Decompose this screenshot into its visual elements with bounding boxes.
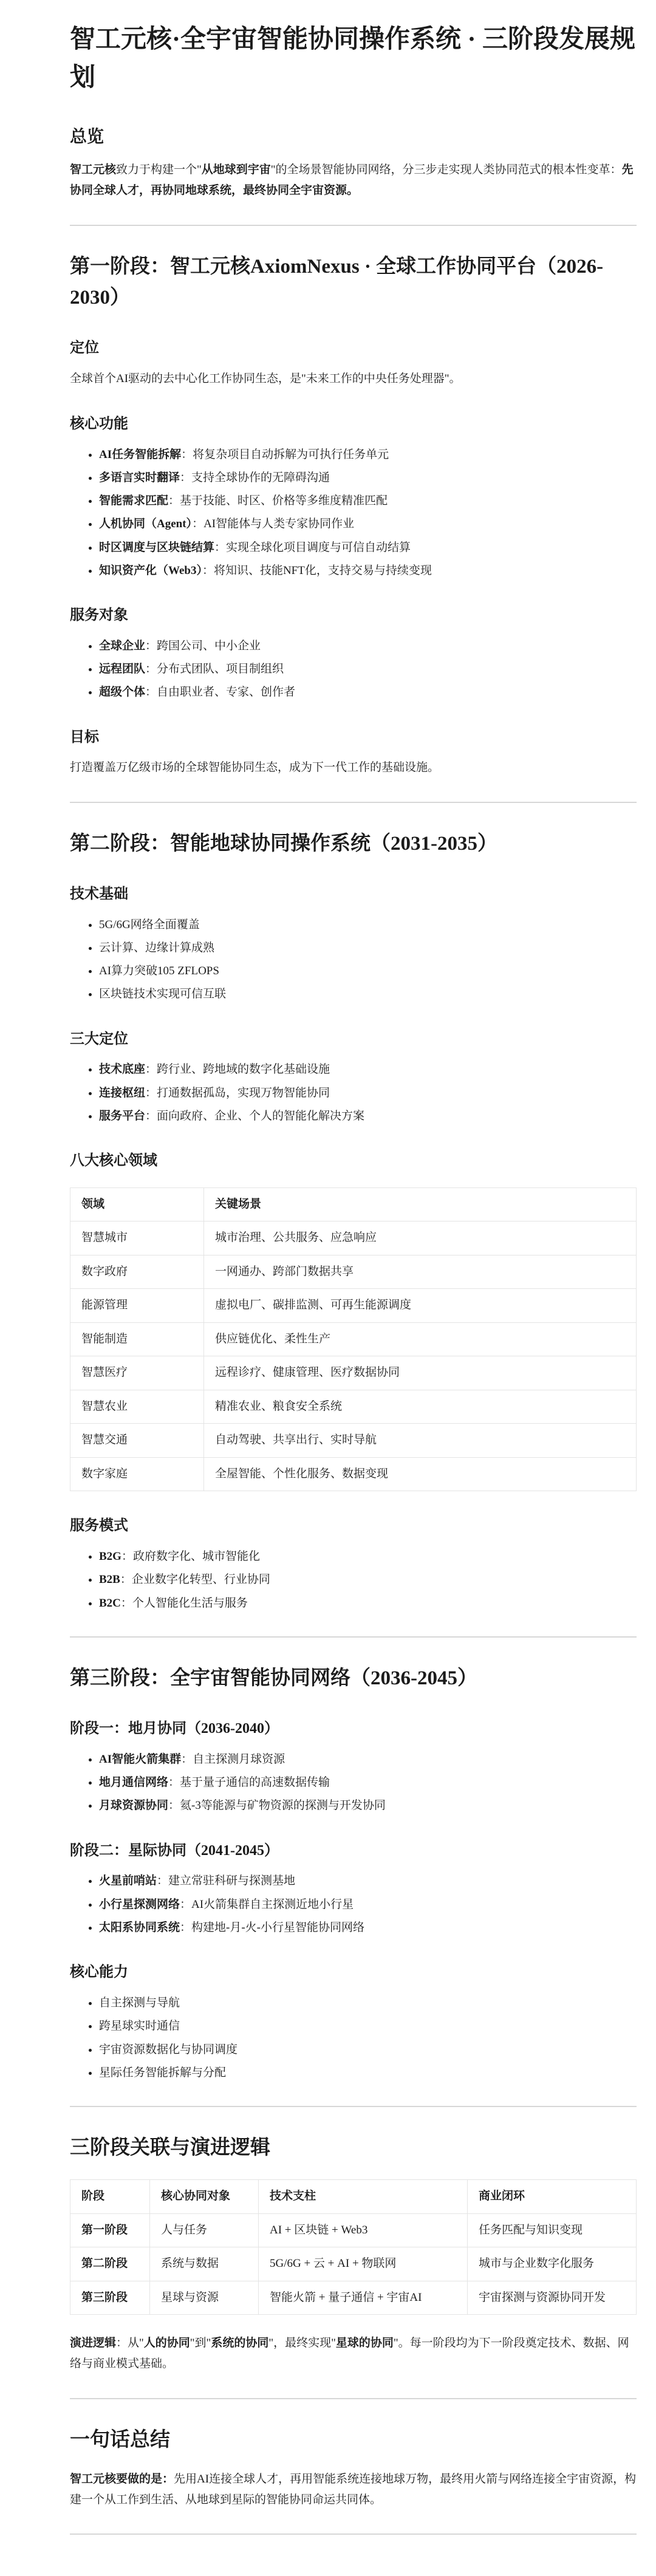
stage2-tech-list: 5G/6G网络全面覆盖 云计算、边缘计算成熟 AI算力突破105 ZFLOPS … (70, 915, 637, 1005)
item-desc: ：跨行业、跨地域的数字化基础设施 (145, 1063, 330, 1076)
stage1-audience-heading: 服务对象 (70, 605, 637, 626)
item-term: 地月通信网络 (99, 1776, 168, 1789)
section-divider (70, 1636, 637, 1638)
stage2-section: 第二阶段：智能地球协同操作系统（2031-2035） 技术基础 5G/6G网络全… (70, 828, 637, 1613)
table-row: 智能制造供应链优化、柔性生产 (70, 1322, 637, 1356)
table-row: 智慧交通自动驾驶、共享出行、实时导航 (70, 1424, 637, 1458)
overview-bold-scope: 从地球到宇宙 (202, 163, 271, 176)
item-desc: ：分布式团队、项目制组织 (145, 663, 284, 675)
stage3-section: 第三阶段：全宇宙智能协同网络（2036-2045） 阶段一：地月协同（2036-… (70, 1663, 637, 2083)
stage2-domains-heading: 八大核心领域 (70, 1150, 637, 1172)
stage1-audience-list: 全球企业：跨国公司、中小企业 远程团队：分布式团队、项目制组织 超级个体：自由职… (70, 636, 637, 703)
overview-heading: 总览 (70, 125, 637, 149)
cell-scenarios: 城市治理、公共服务、应急响应 (204, 1221, 637, 1256)
cell-stage: 第一阶段 (70, 2213, 150, 2247)
item-desc: ：支持全球协作的无障碍沟通 (180, 471, 330, 484)
section-divider (70, 802, 637, 803)
cell-domain: 智能制造 (70, 1322, 204, 1356)
cell-object: 系统与数据 (150, 2247, 259, 2281)
item-term: 时区调度与区块链结算 (99, 541, 214, 554)
item-desc: ：实现全球化项目调度与可信自动结算 (214, 541, 411, 554)
overview-text: "的全场景智能协同网络，分三步走实现人类协同范式的根本性变革： (271, 163, 622, 176)
logic-bold-people: 人的协同 (144, 2337, 190, 2349)
stage1-title: 第一阶段：智工元核AxiomNexus · 全球工作协同平台（2026-2030… (70, 251, 637, 313)
item-desc: ：氦-3等能源与矿物资源的探测与开发协同 (168, 1799, 386, 1812)
overview-section: 总览 智工元核致力于构建一个"从地球到宇宙"的全场景智能协同网络，分三步走实现人… (70, 125, 637, 202)
column-header: 商业闭环 (468, 2180, 637, 2214)
item-term: AI任务智能拆解 (99, 448, 181, 461)
cell-domain: 智慧农业 (70, 1390, 204, 1424)
overview-bold-brand: 智工元核 (70, 163, 116, 176)
evolution-section: 三阶段关联与演进逻辑 阶段 核心协同对象 技术支柱 商业闭环 第一阶段 人与任务 (70, 2133, 637, 2375)
table-header-row: 阶段 核心协同对象 技术支柱 商业闭环 (70, 2180, 637, 2214)
stage2-positioning-heading: 三大定位 (70, 1029, 637, 1050)
overview-paragraph: 智工元核致力于构建一个"从地球到宇宙"的全场景智能协同网络，分三步走实现人类协同… (70, 160, 637, 201)
item-term: 技术底座 (99, 1063, 145, 1076)
logic-text: "到" (190, 2337, 211, 2349)
column-header: 技术支柱 (259, 2180, 468, 2214)
table-row: 能源管理虚拟电厂、碳排监测、可再生能源调度 (70, 1289, 637, 1323)
stage2-tech-heading: 技术基础 (70, 884, 637, 905)
cell-domain: 数字政府 (70, 1255, 204, 1289)
stage3-phase2-heading: 阶段二：星际协同（2041-2045） (70, 1840, 637, 1862)
list-item: 火星前哨站：建立常驻科研与探测基地 (99, 1871, 637, 1891)
logic-bold-label: 演进逻辑 (70, 2337, 116, 2349)
list-item: 小行星探测网络：AI火箭集群自主探测近地小行星 (99, 1894, 637, 1915)
item-desc: ：将复杂项目自动拆解为可执行任务单元 (181, 448, 389, 461)
cell-scenarios: 全屋智能、个性化服务、数据变现 (204, 1457, 637, 1491)
cell-business: 任务匹配与知识变现 (468, 2213, 637, 2247)
cell-business: 宇宙探测与资源协同开发 (468, 2281, 637, 2315)
stage3-capabilities-list: 自主探测与导航 跨星球实时通信 宇宙资源数据化与协同调度 星际任务智能拆解与分配 (70, 1993, 637, 2083)
item-desc: ：将知识、技能NFT化，支持交易与持续变现 (202, 564, 432, 577)
item-term: 月球资源协同 (99, 1799, 168, 1812)
item-desc: ：基于技能、时区、价格等多维度精准匹配 (168, 494, 388, 507)
doc-title: 智工元核·全宇宙智能协同操作系统 · 三阶段发展规划 (70, 21, 637, 97)
item-term: 远程团队 (99, 663, 145, 675)
column-header: 核心协同对象 (150, 2180, 259, 2214)
section-divider (70, 225, 637, 226)
stage1-goal-heading: 目标 (70, 727, 637, 748)
cell-scenarios: 一网通办、跨部门数据共享 (204, 1255, 637, 1289)
item-term: 服务平台 (99, 1110, 145, 1122)
item-term: 超级个体 (99, 686, 145, 699)
evolution-logic-paragraph: 演进逻辑：从"人的协同"到"系统的协同"，最终实现"星球的协同"。每一阶段均为下… (70, 2333, 637, 2374)
list-item: 全球企业：跨国公司、中小企业 (99, 636, 637, 656)
list-item: 连接枢纽：打通数据孤岛，实现万物智能协同 (99, 1083, 637, 1103)
list-item: 跨星球实时通信 (99, 2016, 637, 2036)
item-desc: ：个人智能化生活与服务 (121, 1597, 248, 1610)
list-item: 云计算、边缘计算成熟 (99, 938, 637, 958)
stage2-service-heading: 服务模式 (70, 1515, 637, 1537)
document-content: 智工元核·全宇宙智能协同操作系统 · 三阶段发展规划 总览 智工元核致力于构建一… (70, 21, 637, 2535)
stage3-phase2-list: 火星前哨站：建立常驻科研与探测基地 小行星探测网络：AI火箭集群自主探测近地小行… (70, 1871, 637, 1938)
cell-business: 城市与企业数字化服务 (468, 2247, 637, 2281)
stage1-features-heading: 核心功能 (70, 414, 637, 435)
cell-domain: 智慧交通 (70, 1424, 204, 1458)
column-header: 关键场景 (204, 1187, 637, 1221)
cell-tech: AI + 区块链 + Web3 (259, 2213, 468, 2247)
list-item: 星际任务智能拆解与分配 (99, 2063, 637, 2083)
section-divider (70, 2533, 637, 2535)
list-item: B2C：个人智能化生活与服务 (99, 1593, 637, 1613)
evolution-heading: 三阶段关联与演进逻辑 (70, 2133, 637, 2164)
list-item: AI任务智能拆解：将复杂项目自动拆解为可执行任务单元 (99, 445, 637, 465)
item-term: 连接枢纽 (99, 1087, 145, 1099)
cell-scenarios: 虚拟电厂、碳排监测、可再生能源调度 (204, 1289, 637, 1323)
item-desc: ：跨国公司、中小企业 (145, 640, 261, 652)
list-item: 知识资产化（Web3）：将知识、技能NFT化，支持交易与持续变现 (99, 561, 637, 581)
list-item: 区块链技术实现可信互联 (99, 984, 637, 1004)
column-header: 阶段 (70, 2180, 150, 2214)
item-desc: ：自由职业者、专家、创作者 (145, 686, 295, 699)
item-desc: ：基于量子通信的高速数据传输 (168, 1776, 330, 1789)
table-header-row: 领域 关键场景 (70, 1187, 637, 1221)
item-term: 知识资产化（Web3） (99, 564, 202, 577)
item-desc: ：政府数字化、城市智能化 (121, 1550, 260, 1563)
list-item: 太阳系协同系统：构建地-月-火-小行星智能协同网络 (99, 1918, 637, 1938)
cell-domain: 智慧医疗 (70, 1356, 204, 1390)
table-row: 智慧医疗远程诊疗、健康管理、医疗数据协同 (70, 1356, 637, 1390)
item-term: AI智能火箭集群 (99, 1753, 181, 1766)
stage2-title: 第二阶段：智能地球协同操作系统（2031-2035） (70, 828, 637, 859)
item-desc: ：企业数字化转型、行业协同 (120, 1573, 270, 1586)
list-item: 地月通信网络：基于量子通信的高速数据传输 (99, 1772, 637, 1792)
stage2-positioning-list: 技术底座：跨行业、跨地域的数字化基础设施 连接枢纽：打通数据孤岛，实现万物智能协… (70, 1059, 637, 1126)
cell-scenarios: 自动驾驶、共享出行、实时导航 (204, 1424, 637, 1458)
stage1-features-list: AI任务智能拆解：将复杂项目自动拆解为可执行任务单元 多语言实时翻译：支持全球协… (70, 445, 637, 581)
column-header: 领域 (70, 1187, 204, 1221)
item-desc: ：构建地-月-火-小行星智能协同网络 (180, 1921, 364, 1934)
item-desc: ：面向政府、企业、个人的智能化解决方案 (145, 1110, 364, 1122)
list-item: AI算力突破105 ZFLOPS (99, 961, 637, 981)
list-item: B2G：政府数字化、城市智能化 (99, 1546, 637, 1566)
stage3-capabilities-heading: 核心能力 (70, 1962, 637, 1983)
list-item: 技术底座：跨行业、跨地域的数字化基础设施 (99, 1059, 637, 1079)
cell-domain: 数字家庭 (70, 1457, 204, 1491)
list-item: 宇宙资源数据化与协同调度 (99, 2040, 637, 2060)
list-item: 人机协同（Agent）：AI智能体与人类专家协同作业 (99, 514, 637, 534)
list-item: B2B：企业数字化转型、行业协同 (99, 1570, 637, 1590)
list-item: 远程团队：分布式团队、项目制组织 (99, 659, 637, 679)
list-item: 时区调度与区块链结算：实现全球化项目调度与可信自动结算 (99, 538, 637, 558)
cell-scenarios: 远程诊疗、健康管理、医疗数据协同 (204, 1356, 637, 1390)
stage3-phase1-heading: 阶段一：地月协同（2036-2040） (70, 1718, 637, 1740)
list-item: 多语言实时翻译：支持全球协作的无障碍沟通 (99, 468, 637, 488)
overview-text: 致力于构建一个" (116, 163, 202, 176)
item-desc: ：建立常驻科研与探测基地 (157, 1874, 295, 1887)
summary-paragraph: 智工元核要做的是：先用AI连接全球人才，再用智能系统连接地球万物，最终用火箭与网… (70, 2469, 637, 2510)
cell-scenarios: 精准农业、粮食安全系统 (204, 1390, 637, 1424)
stage3-phase1-list: AI智能火箭集群：自主探测月球资源 地月通信网络：基于量子通信的高速数据传输 月… (70, 1749, 637, 1816)
summary-section: 一句话总结 智工元核要做的是：先用AI连接全球人才，再用智能系统连接地球万物，最… (70, 2425, 637, 2511)
item-term: 火星前哨站 (99, 1874, 157, 1887)
section-divider (70, 2398, 637, 2399)
summary-heading: 一句话总结 (70, 2425, 637, 2456)
domains-table: 领域 关键场景 智慧城市城市治理、公共服务、应急响应 数字政府一网通办、跨部门数… (70, 1187, 637, 1492)
item-term: 全球企业 (99, 640, 145, 652)
list-item: AI智能火箭集群：自主探测月球资源 (99, 1749, 637, 1769)
item-desc: ：自主探测月球资源 (181, 1753, 285, 1766)
stage2-service-list: B2G：政府数字化、城市智能化 B2B：企业数字化转型、行业协同 B2C：个人智… (70, 1546, 637, 1613)
item-desc: ：AI智能体与人类专家协同作业 (192, 518, 354, 530)
cell-domain: 智慧城市 (70, 1221, 204, 1256)
stages-table: 阶段 核心协同对象 技术支柱 商业闭环 第一阶段 人与任务 AI + 区块链 +… (70, 2179, 637, 2315)
cell-object: 星球与资源 (150, 2281, 259, 2315)
item-term: B2B (99, 1573, 120, 1586)
summary-bold-lead: 智工元核要做的是： (70, 2473, 174, 2485)
table-row: 第二阶段 系统与数据 5G/6G + 云 + AI + 物联网 城市与企业数字化… (70, 2247, 637, 2281)
item-term: 人机协同（Agent） (99, 518, 192, 530)
table-row: 第三阶段 星球与资源 智能火箭 + 量子通信 + 宇宙AI 宇宙探测与资源协同开… (70, 2281, 637, 2315)
logic-bold-systems: 系统的协同 (211, 2337, 268, 2349)
logic-bold-planets: 星球的协同 (336, 2337, 394, 2349)
cell-domain: 能源管理 (70, 1289, 204, 1323)
logic-text: "，最终实现" (268, 2337, 336, 2349)
item-desc: ：打通数据孤岛，实现万物智能协同 (145, 1087, 330, 1099)
list-item: 自主探测与导航 (99, 1993, 637, 2013)
table-row: 数字家庭全屋智能、个性化服务、数据变现 (70, 1457, 637, 1491)
table-row: 智慧农业精准农业、粮食安全系统 (70, 1390, 637, 1424)
list-item: 服务平台：面向政府、企业、个人的智能化解决方案 (99, 1106, 637, 1126)
cell-scenarios: 供应链优化、柔性生产 (204, 1322, 637, 1356)
cell-tech: 5G/6G + 云 + AI + 物联网 (259, 2247, 468, 2281)
stage1-positioning-heading: 定位 (70, 338, 637, 359)
list-item: 月球资源协同：氦-3等能源与矿物资源的探测与开发协同 (99, 1795, 637, 1816)
cell-stage: 第三阶段 (70, 2281, 150, 2315)
table-row: 第一阶段 人与任务 AI + 区块链 + Web3 任务匹配与知识变现 (70, 2213, 637, 2247)
list-item: 超级个体：自由职业者、专家、创作者 (99, 682, 637, 702)
stage1-positioning-text: 全球首个AI驱动的去中心化工作协同生态，是"未来工作的中央任务处理器"。 (70, 369, 637, 389)
table-row: 智慧城市城市治理、公共服务、应急响应 (70, 1221, 637, 1256)
logic-text: ：从" (116, 2337, 144, 2349)
stage1-goal-text: 打造覆盖万亿级市场的全球智能协同生态，成为下一代工作的基础设施。 (70, 757, 637, 778)
cell-tech: 智能火箭 + 量子通信 + 宇宙AI (259, 2281, 468, 2315)
item-term: 小行星探测网络 (99, 1898, 180, 1911)
table-row: 数字政府一网通办、跨部门数据共享 (70, 1255, 637, 1289)
cell-stage: 第二阶段 (70, 2247, 150, 2281)
item-term: B2G (99, 1550, 121, 1563)
cell-object: 人与任务 (150, 2213, 259, 2247)
item-term: 多语言实时翻译 (99, 471, 180, 484)
item-term: B2C (99, 1597, 121, 1610)
list-item: 智能需求匹配：基于技能、时区、价格等多维度精准匹配 (99, 491, 637, 511)
item-term: 太阳系协同系统 (99, 1921, 180, 1934)
list-item: 5G/6G网络全面覆盖 (99, 915, 637, 935)
item-term: 智能需求匹配 (99, 494, 168, 507)
document-page: 智工元核·全宇宙智能协同操作系统 · 三阶段发展规划 总览 智工元核致力于构建一… (0, 0, 656, 2576)
stage3-title: 第三阶段：全宇宙智能协同网络（2036-2045） (70, 1663, 637, 1694)
section-divider (70, 2106, 637, 2107)
stage1-section: 第一阶段：智工元核AxiomNexus · 全球工作协同平台（2026-2030… (70, 251, 637, 779)
item-desc: ：AI火箭集群自主探测近地小行星 (180, 1898, 354, 1911)
